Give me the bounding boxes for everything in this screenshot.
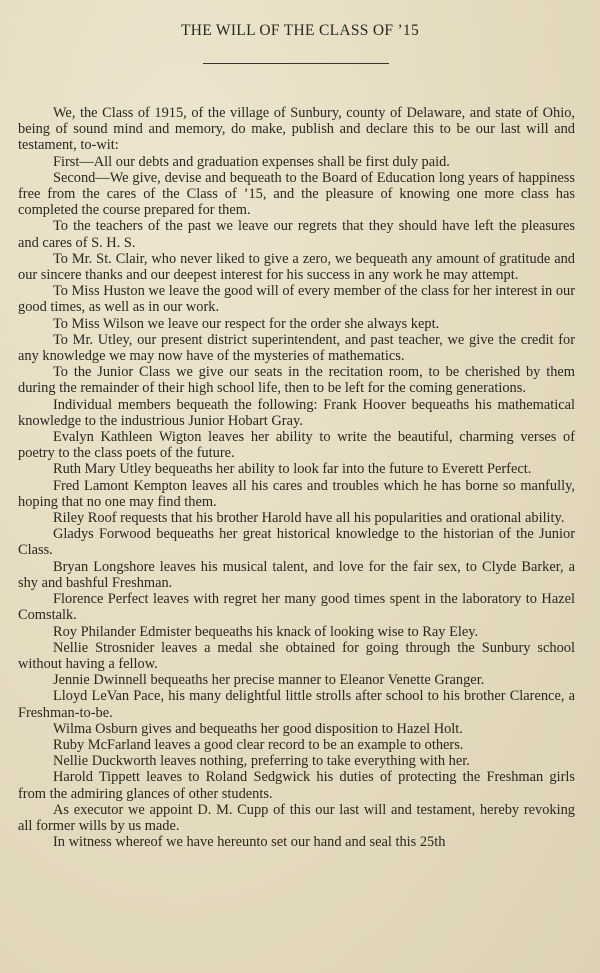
paragraph-mcfarland: Ruby McFarland leaves a good clear recor… — [18, 737, 575, 753]
paragraph-first: First—All our debts and graduation expen… — [18, 154, 575, 170]
document-body: We, the Class of 1915, of the village of… — [18, 105, 575, 850]
paragraph-forwood: Gladys Forwood bequeaths her great histo… — [18, 526, 575, 558]
document-page: THE WILL OF THE CLASS OF ’15 We, the Cla… — [0, 0, 600, 973]
paragraph-pace: Lloyd LeVan Pace, his many delightful li… — [18, 688, 575, 720]
paragraph-edmister: Roy Philander Edmister bequeaths his kna… — [18, 624, 575, 640]
document-title: THE WILL OF THE CLASS OF ’15 — [0, 22, 600, 40]
paragraph-huston: To Miss Huston we leave the good will of… — [18, 283, 575, 315]
title-divider — [203, 63, 389, 64]
paragraph-osburn: Wilma Osburn gives and bequeaths her goo… — [18, 721, 575, 737]
paragraph-teachers: To the teachers of the past we leave our… — [18, 218, 575, 250]
paragraph-roof: Riley Roof requests that his brother Har… — [18, 510, 575, 526]
paragraph-junior-class: To the Junior Class we give our seats in… — [18, 364, 575, 396]
paragraph-kempton: Fred Lamont Kempton leaves all his cares… — [18, 478, 575, 510]
paragraph-duckworth: Nellie Duckworth leaves nothing, preferr… — [18, 753, 575, 769]
paragraph-executor: As executor we appoint D. M. Cupp of thi… — [18, 802, 575, 834]
paragraph-dwinnell: Jennie Dwinnell bequeaths her precise ma… — [18, 672, 575, 688]
paragraph-longshore: Bryan Longshore leaves his musical talen… — [18, 559, 575, 591]
paragraph-st-clair: To Mr. St. Clair, who never liked to giv… — [18, 251, 575, 283]
paragraph-strosnider: Nellie Strosnider leaves a medal she obt… — [18, 640, 575, 672]
paragraph-individual-members: Individual members bequeath the followin… — [18, 397, 575, 429]
paragraph-tippett: Harold Tippett leaves to Roland Sedgwick… — [18, 769, 575, 801]
paragraph-wigton: Evalyn Kathleen Wigton leaves her abilit… — [18, 429, 575, 461]
paragraph-utley: To Mr. Utley, our present district super… — [18, 332, 575, 364]
paragraph-wilson: To Miss Wilson we leave our respect for … — [18, 316, 575, 332]
paragraph-witness: In witness whereof we have hereunto set … — [18, 834, 575, 850]
paragraph-ruth-utley: Ruth Mary Utley bequeaths her ability to… — [18, 461, 575, 477]
paragraph-perfect: Florence Perfect leaves with regret her … — [18, 591, 575, 623]
paragraph-second: Second—We give, devise and bequeath to t… — [18, 170, 575, 219]
paragraph-preamble: We, the Class of 1915, of the village of… — [18, 105, 575, 154]
